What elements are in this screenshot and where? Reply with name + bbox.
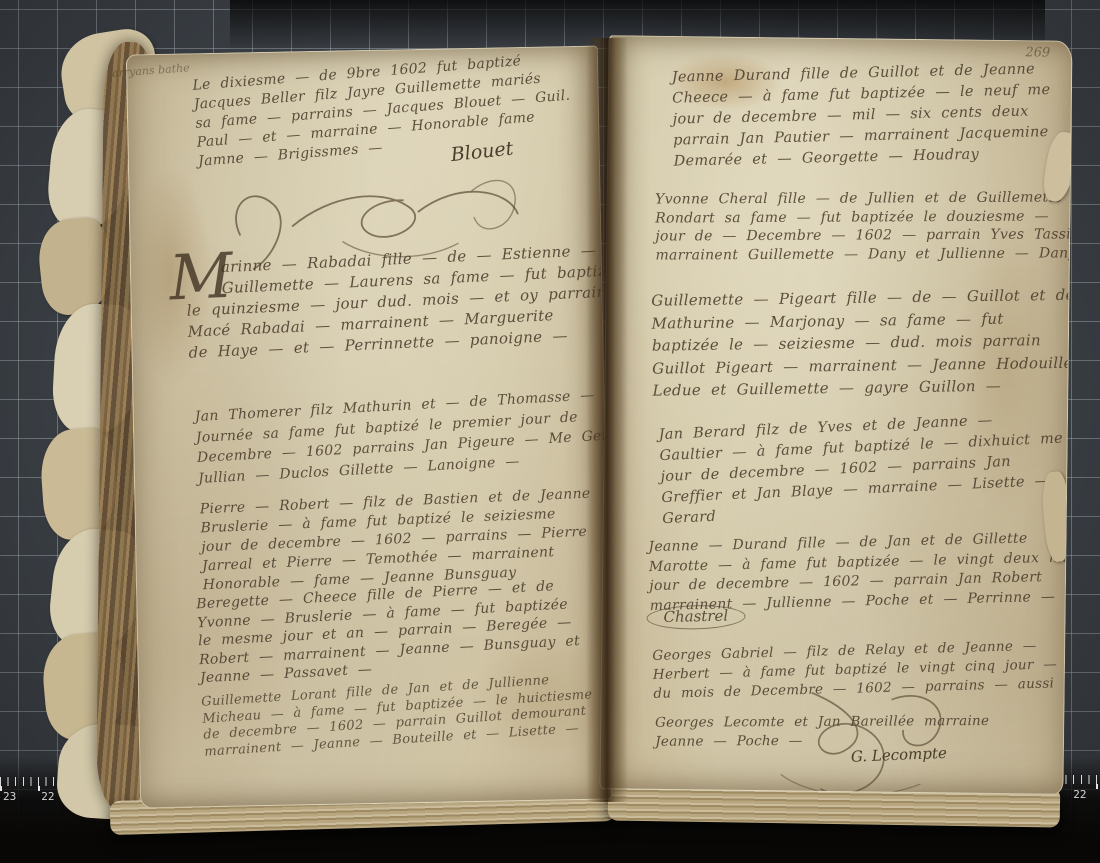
- baptism-entry: Jan Berard filz de Yves et de Jeanne —Ga…: [658, 408, 1066, 531]
- baptism-entry: Yvonne Cheral fille — de Jullien et de G…: [655, 188, 1072, 264]
- baptism-entry: Jeanne Durand fille de Guillot et de Jea…: [672, 59, 1053, 173]
- ruler-number: 22: [1073, 788, 1086, 801]
- open-register-book: Le dixiesme — de 9bre 1602 fut baptizéJa…: [48, 14, 1068, 849]
- baptism-entry: Guillemette — Pigeart fille — de — Guill…: [651, 283, 1072, 402]
- book-gutter: [586, 38, 628, 802]
- manuscript-line: marrainent Guillemette — Dany et Jullien…: [655, 244, 1072, 265]
- baptism-entry: M arinne — Rabadai fille — de — Estienne…: [174, 237, 612, 365]
- left-page: Le dixiesme — de 9bre 1602 fut baptizéJa…: [126, 46, 612, 809]
- manuscript-line: Georges Lecomte et Jan Bareillée marrain…: [655, 712, 989, 733]
- ruler-number: 23: [3, 790, 16, 803]
- baptism-entry: Georges Gabriel — filz de Relay et de Je…: [652, 636, 1072, 704]
- baptism-entry: Jeanne — Durand fille — de Jan et de Gil…: [648, 529, 1072, 617]
- baptism-entry: Le dixiesme — de 9bre 1602 fut baptizéJa…: [192, 49, 574, 172]
- photo-scene: 2322212 2122 Le dixiesme — de 9bre 1602 …: [0, 0, 1100, 863]
- manuscript-line: Rondart sa fame — fut baptizée le douzie…: [655, 207, 1072, 228]
- priest-signature: G. Lecompte: [851, 744, 948, 766]
- decorated-initial: M: [168, 245, 235, 310]
- baptism-entry: Jan Thomerer filz Mathurin et — de Thoma…: [194, 383, 612, 489]
- manuscript-line: jour de — Decembre — 1602 — parrain Yves…: [655, 225, 1072, 246]
- manuscript-line: Yvonne Cheral fille — de Jullien et de G…: [655, 188, 1072, 209]
- baptism-entry: Beregette — Cheece fille de Pierre — et …: [196, 576, 581, 688]
- right-page: 269 Jeanne Durand fille de Guillot et de…: [599, 35, 1072, 795]
